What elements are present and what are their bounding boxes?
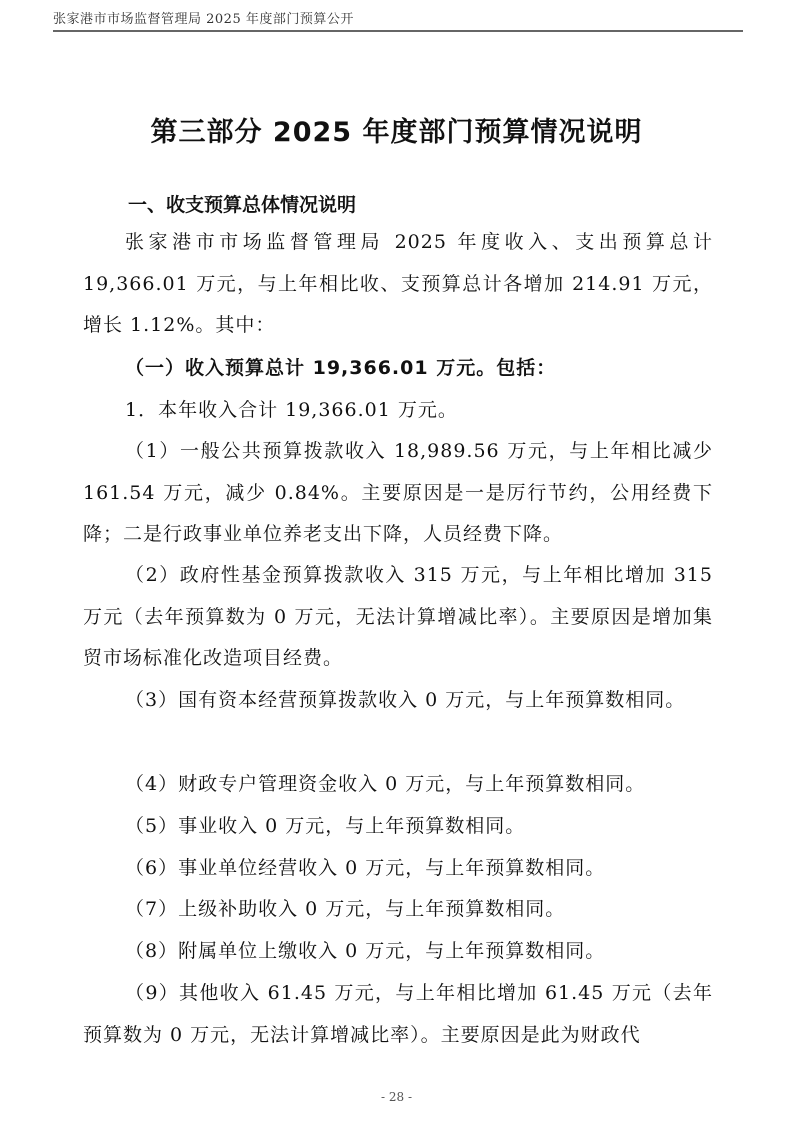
page-title: 第三部分 2025 年度部门预算情况说明 xyxy=(0,110,793,149)
running-header: 张家港市市场监督管理局 2025 年度部门预算公开 xyxy=(53,8,743,32)
paragraph-item-1: 1．本年收入合计 19,366.01 万元。 xyxy=(83,390,713,432)
paragraph-special-account: （4）财政专户管理资金收入 0 万元，与上年预算数相同。 xyxy=(83,764,713,806)
paragraph-operating-income: （6）事业单位经营收入 0 万元，与上年预算数相同。 xyxy=(83,848,713,890)
paragraph-state-capital: （3）国有资本经营预算拨款收入 0 万元，与上年预算数相同。 xyxy=(83,680,713,722)
intro-paragraph: 张家港市市场监督管理局 2025 年度收入、支出预算总计 19,366.01 万… xyxy=(83,222,713,347)
paragraph-general-budget: （1）一般公共预算拨款收入 18,989.56 万元，与上年相比减少 161.5… xyxy=(83,431,713,556)
subsection-heading: （一）收入预算总计 19,366.01 万元。包括： xyxy=(83,348,713,390)
paragraph-gov-fund: （2）政府性基金预算拨款收入 315 万元，与上年相比增加 315 万元（去年预… xyxy=(83,555,713,680)
page-number: - 28 - xyxy=(0,1090,793,1104)
paragraph-superior-subsidy: （7）上级补助收入 0 万元，与上年预算数相同。 xyxy=(83,889,713,931)
section-heading: 一、收支预算总体情况说明 xyxy=(128,190,356,217)
paragraph-subordinate-remit: （8）附属单位上缴收入 0 万元，与上年预算数相同。 xyxy=(83,931,713,973)
paragraph-business-income: （5）事业收入 0 万元，与上年预算数相同。 xyxy=(83,806,713,848)
paragraph-other-income: （9）其他收入 61.45 万元，与上年相比增加 61.45 万元（去年预算数为… xyxy=(83,973,713,1056)
